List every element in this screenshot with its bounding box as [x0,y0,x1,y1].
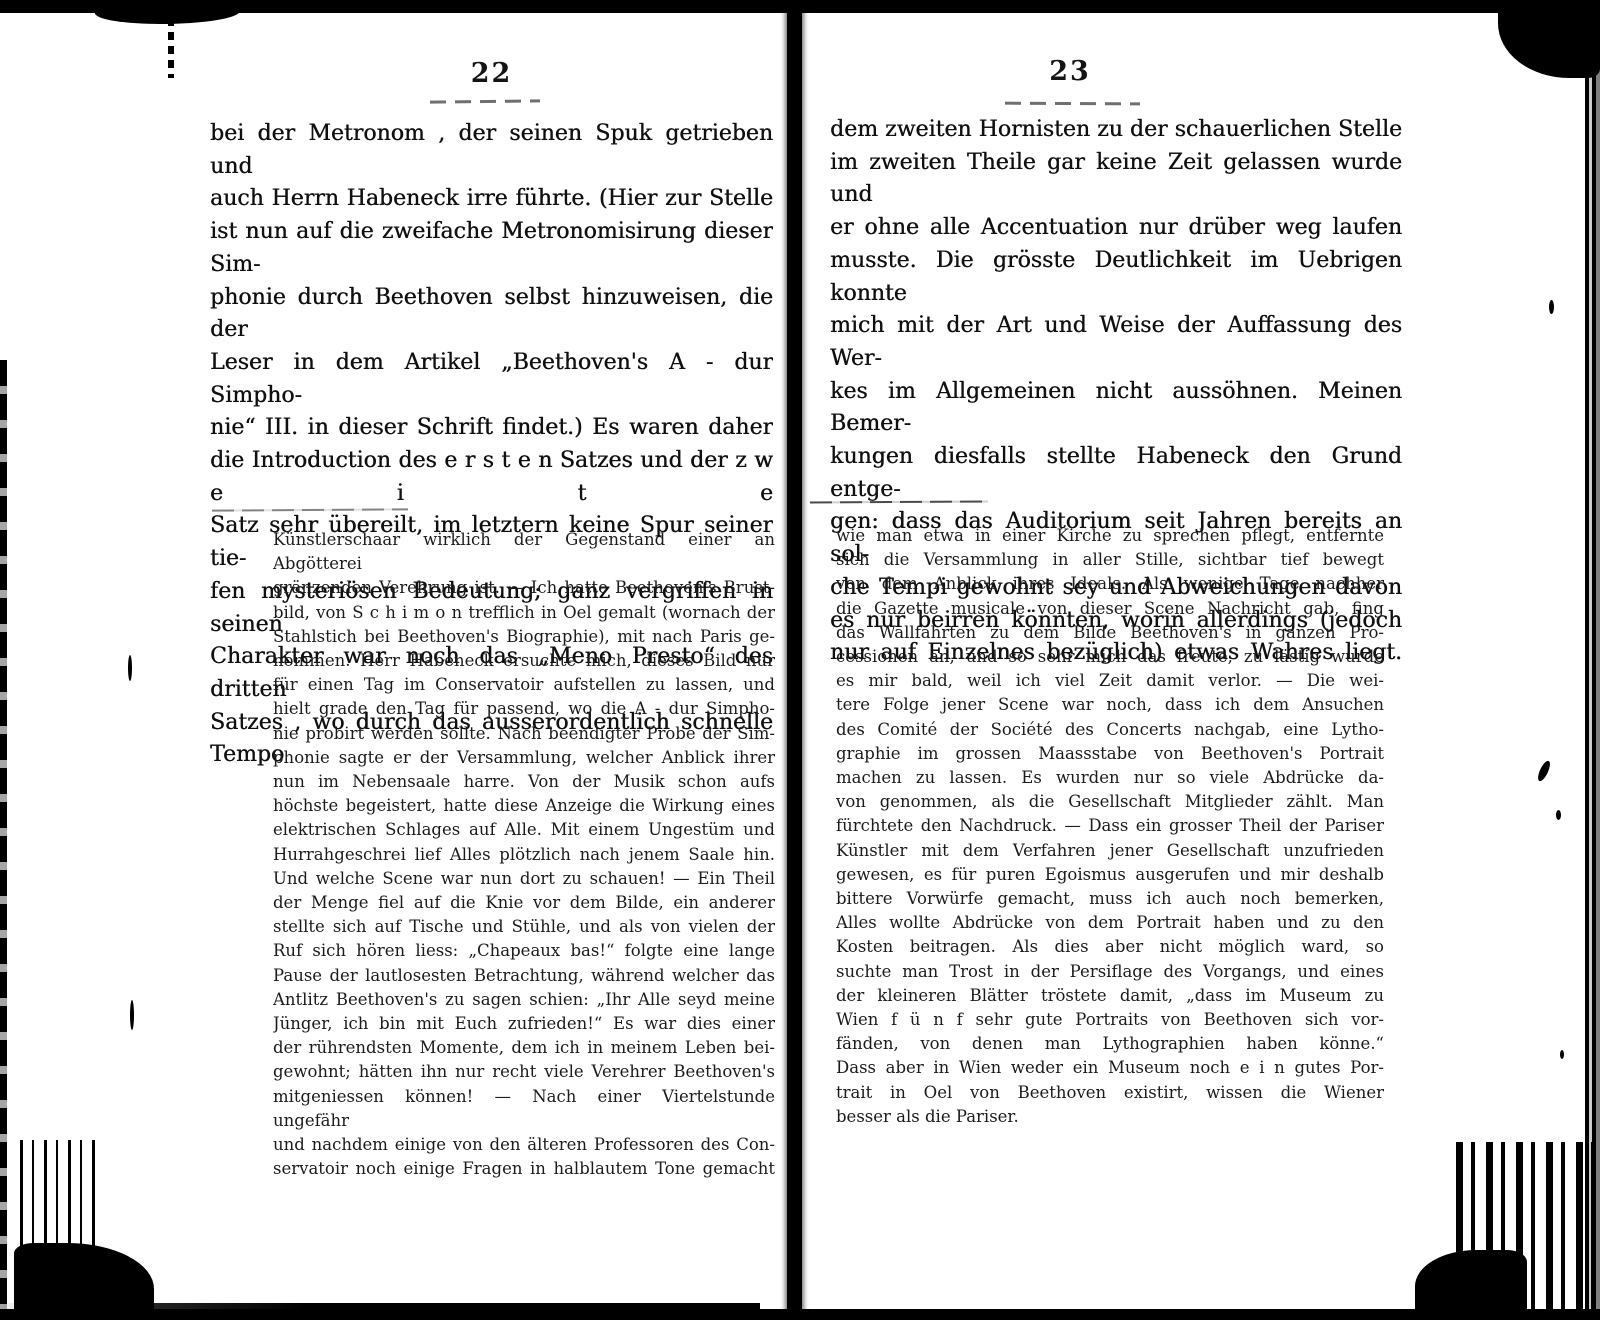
footnote-line: Jünger, ich bin mit Euch zufrieden!“ Es … [273,1012,775,1036]
footnote-line: gränzenden Verehrung ist. — Ich hatte Be… [273,576,775,600]
text-line: ist nun auf die zweifache Metronomisirun… [210,216,773,281]
footnote-line: höchste begeistert, hatte diese Anzeige … [273,794,775,818]
scan-edge-left [0,360,7,1320]
footnote-line: nie probirt werden sollte. Nach beendigt… [273,722,775,746]
text-line: kungen diesfalls stellte Habeneck den Gr… [830,441,1402,506]
scan-speck [1536,759,1553,782]
footnote-line: Stahlstich bei Beethoven's Biographie), … [273,625,775,649]
scan-streak-right-edge [1585,0,1600,1320]
text-line: musste. Die grösste Deutlichkeit im Uebr… [830,245,1402,310]
footnote-line: bild, von S c h i m o n trefflich in Oel… [273,601,775,625]
footnote-line: der kleineren Blätter tröstete damit, „d… [836,984,1384,1008]
footnote-line: und nachdem einige von den älteren Profe… [273,1133,775,1157]
footnote-line: nun im Nebensaale harre. Von der Musik s… [273,770,775,794]
scan-streak-top-left [168,18,174,78]
footnote-line: des Comité der Société des Concerts nach… [836,718,1384,742]
footnote-line: Alles wollte Abdrücke von dem Portrait h… [836,911,1384,935]
scan-speck [1549,300,1554,314]
text-line: Leser in dem Artikel „Beethoven's A - du… [210,347,773,412]
footnote-line: von dem Anblick ihres Ideals. Als wenige… [836,572,1384,596]
footnote-line: Hurrahgeschrei lief Alles plötzlich nach… [273,843,775,867]
text-line: er ohne alle Accentuation nur drüber weg… [830,212,1402,245]
scan-blob-bottom-left [14,1243,154,1317]
footnote-line: sich die Versammlung in aller Stille, si… [836,548,1384,572]
scan-edge-bottom [0,1309,1600,1320]
footnote-line: gewohnt; hätten ihn nur recht viele Vere… [273,1060,775,1084]
text-line: bei der Metronom , der seinen Spuk getri… [210,118,773,183]
footnote-line: Und welche Scene war nun dort zu schauen… [273,867,775,891]
footnote-line: fürchtete den Nachdruck. — Dass ein gros… [836,814,1384,838]
footnote-line: Kosten beitragen. Als dies aber nicht mö… [836,935,1384,959]
footnote-line: Künstlerschaar wirklich der Gegenstand e… [273,528,775,576]
text-line: nie“ III. in dieser Schrift findet.) Es … [210,412,773,445]
footnote-line: fänden, von denen man Lythographien habe… [836,1032,1384,1056]
text-line: auch Herrn Habeneck irre führte. (Hier z… [210,183,773,216]
scan-speck [1560,1050,1564,1059]
footnote-line: das Wallfahrten zu dem Bilde Beethoven's… [836,621,1384,645]
footnote-line: Dass aber in Wien weder ein Museum noch … [836,1056,1384,1080]
footnote-right: wie man etwa in einer Kirche zu sprechen… [836,524,1384,1129]
footnote-line: elektrischen Schlages auf Alle. Mit eine… [273,818,775,842]
footnote-line: für einen Tag im Conservatoir aufstellen… [273,673,775,697]
scan-speck [1556,810,1561,820]
footnote-line: es mir bald, weil ich viel Zeit damit ve… [836,669,1384,693]
page-number-underline-left [430,99,540,103]
text-line: dem zweiten Hornisten zu der schauerlich… [830,114,1402,147]
footnote-line: Antlitz Beethoven's zu sagen schien: „Ih… [273,988,775,1012]
book-gutter-shadow [787,6,802,1320]
footnote-line: cessionen an, und so sehr mich das freut… [836,645,1384,669]
text-line: kes im Allgemeinen nicht aussöhnen. Mein… [830,376,1402,441]
scan-speck [130,1000,134,1030]
page-number-right: 23 [830,56,1310,87]
footnote-line: phonie sagte er der Versammlung, welcher… [273,746,775,770]
footnote-line: besser als die Pariser. [836,1105,1384,1129]
text-line: im zweiten Theile gar keine Zeit gelasse… [830,147,1402,212]
footnote-line: graphie im grossen Maassstabe von Beetho… [836,742,1384,766]
footnote-line: machen zu lassen. Es wurden nur so viele… [836,766,1384,790]
footnote-line: bittere Vorwürfe gemacht, muss ich auch … [836,887,1384,911]
footnote-line: der Menge fiel auf die Knie vor dem Bild… [273,891,775,915]
footnote-line: servatoir noch einige Fragen in halblaut… [273,1157,775,1181]
footnote-line: hielt grade den Tag für passend, wo die … [273,697,775,721]
footnote-line: Künstler mit dem Verfahren jener Gesells… [836,839,1384,863]
page-number-left: 22 [210,58,773,89]
footnote-left: Künstlerschaar wirklich der Gegenstand e… [273,528,775,1181]
footnote-line: von genommen, als die Gesellschaft Mitgl… [836,790,1384,814]
footnote-line: gewesen, es für puren Egoismus ausgerufe… [836,863,1384,887]
footnote-line: stellte sich auf Tische und Stühle, und … [273,915,775,939]
footnote-line: die Gazette musicale von dieser Scene Na… [836,597,1384,621]
footnote-line: Wien f ü n f sehr gute Portraits von Bee… [836,1008,1384,1032]
footnote-line: trait in Oel von Beethoven existirt, wis… [836,1081,1384,1105]
scan-speck [128,655,132,681]
text-line: mich mit der Art und Weise der Auffassun… [830,310,1402,375]
book-scan-spread: 22 bei der Metronom , der seinen Spuk ge… [0,0,1600,1320]
footnote-line: nommen. Herr Habeneck ersuchte mich, die… [273,649,775,673]
footnote-line: wie man etwa in einer Kirche zu sprechen… [836,524,1384,548]
footnote-line: der rührendsten Momente, dem ich in mein… [273,1036,775,1060]
text-line: die Introduction des e r s t e n Satzes … [210,445,773,510]
footnote-line: suchte man Trost in der Persiflage des V… [836,960,1384,984]
footnote-line: tere Folge jener Scene war noch, dass ic… [836,693,1384,717]
footnote-line: mitgeniessen können! — Nach einer Vierte… [273,1085,775,1133]
page-number-underline-right [1005,102,1140,106]
scan-blob-bottom-right [1415,1250,1527,1316]
text-line: phonie durch Beethoven selbst hinzuweise… [210,282,773,347]
footnote-line: Pause der lautlosesten Betrachtung, währ… [273,964,775,988]
footnote-line: Ruf sich hören liess: „Chapeaux bas!“ fo… [273,939,775,963]
